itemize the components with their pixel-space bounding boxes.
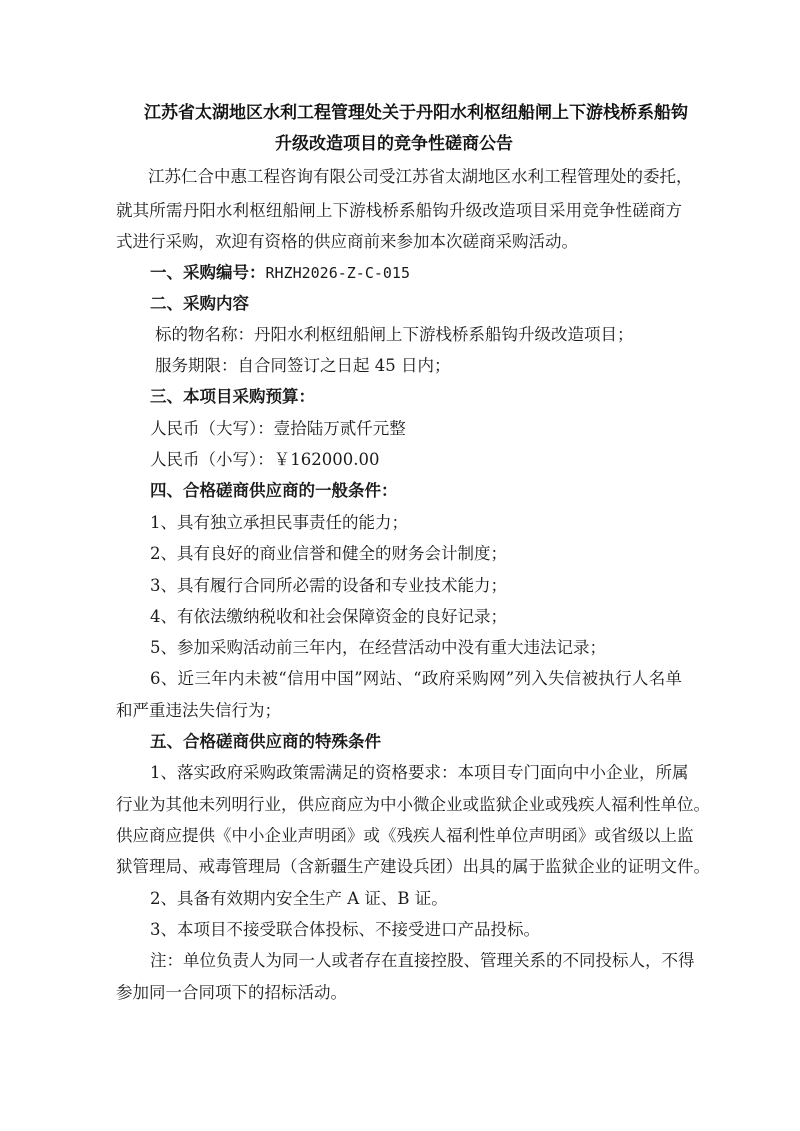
section-4-item-5: 5、参加采购活动前三年内，在经营活动中没有重大违法记录；	[150, 638, 606, 658]
section-5-note-line-2: 参加同一合同项下的招标活动。	[116, 983, 347, 1003]
section-2-item-2: 服务期限：自合同签订之日起 45 日内；	[155, 356, 451, 376]
section-4-heading: 四、合格磋商供应商的一般条件：	[150, 481, 398, 501]
document-title-line-1: 江苏省太湖地区水利工程管理处关于丹阳水利枢纽船闸上下游栈桥系船钩	[144, 103, 688, 123]
section-4-item-1: 1、具有独立承担民事责任的能力；	[150, 513, 408, 533]
section-1-procurement-number: 一、采购编号：RHZH2026-Z-C-015	[150, 263, 410, 283]
intro-paragraph-line-2: 就其所需丹阳水利枢纽船闸上下游栈桥系船钩升级改造项目采用竞争性磋商方	[116, 201, 682, 221]
intro-paragraph-line-1: 江苏仁合中惠工程咨询有限公司受江苏省太湖地区水利工程管理处的委托，	[148, 167, 682, 187]
section-4-item-2: 2、具有良好的商业信誉和健全的财务会计制度；	[150, 544, 507, 564]
section-5-item-1-line-2: 行业为其他未列明行业，供应商应为中小微企业或监狱企业或残疾人福利性单位。	[116, 795, 688, 815]
section-5-item-1-line-1: 1、落实政府采购政策需满足的资格要求：本项目专门面向中小企业，所属	[150, 763, 682, 783]
section-5-heading: 五、合格磋商供应商的特殊条件	[150, 732, 381, 752]
procurement-number-value: RHZH2026-Z-C-015	[266, 264, 411, 282]
section-4-item-4: 4、有依法缴纳税收和社会保障资金的良好记录；	[150, 607, 507, 627]
section-3-heading: 三、本项目采购预算：	[150, 387, 315, 407]
section-4-item-6-line-1: 6、近三年内未被“信用中国”网站、“政府采购网”列入失信被执行人名单	[150, 669, 682, 689]
section-2-item-1: 标的物名称：丹阳水利枢纽船闸上下游栈桥系船钩升级改造项目；	[155, 325, 634, 345]
section-4-item-3: 3、具有履行合同所必需的设备和专业技术能力；	[150, 576, 507, 596]
intro-paragraph-line-3: 式进行采购，欢迎有资格的供应商前来参加本次磋商采购活动。	[116, 232, 578, 252]
section-3-item-2: 人民币（小写）：￥162000.00	[150, 450, 379, 470]
section-5-item-3: 3、本项目不接受联合体投标、不接受进口产品投标。	[150, 920, 540, 940]
section-2-heading: 二、采购内容	[150, 294, 249, 314]
section-4-item-6-line-2: 和严重违法失信行为；	[116, 701, 281, 721]
document-title-line-2: 升级改造项目的竞争性磋商公告	[275, 134, 513, 154]
section-5-item-1-line-3: 供应商应提供《中小企业声明函》或《残疾人福利性单位声明函》或省级以上监	[116, 826, 682, 846]
section-5-item-2: 2、具备有效期内安全生产 A 证、B 证。	[150, 889, 448, 909]
section-5-note-line-1: 注：单位负责人为同一人或者存在直接控股、管理关系的不同投标人，不得	[150, 951, 682, 971]
section-1-heading: 一、采购编号：	[150, 263, 266, 282]
section-3-item-1: 人民币（大写）：壹拾陆万贰仟元整	[150, 419, 406, 439]
document-page: 江苏省太湖地区水利工程管理处关于丹阳水利枢纽船闸上下游栈桥系船钩 升级改造项目的…	[0, 0, 800, 1131]
section-5-item-1-line-4: 狱管理局、戒毒管理局（含新疆生产建设兵团）出具的属于监狱企业的证明文件。	[116, 857, 688, 877]
